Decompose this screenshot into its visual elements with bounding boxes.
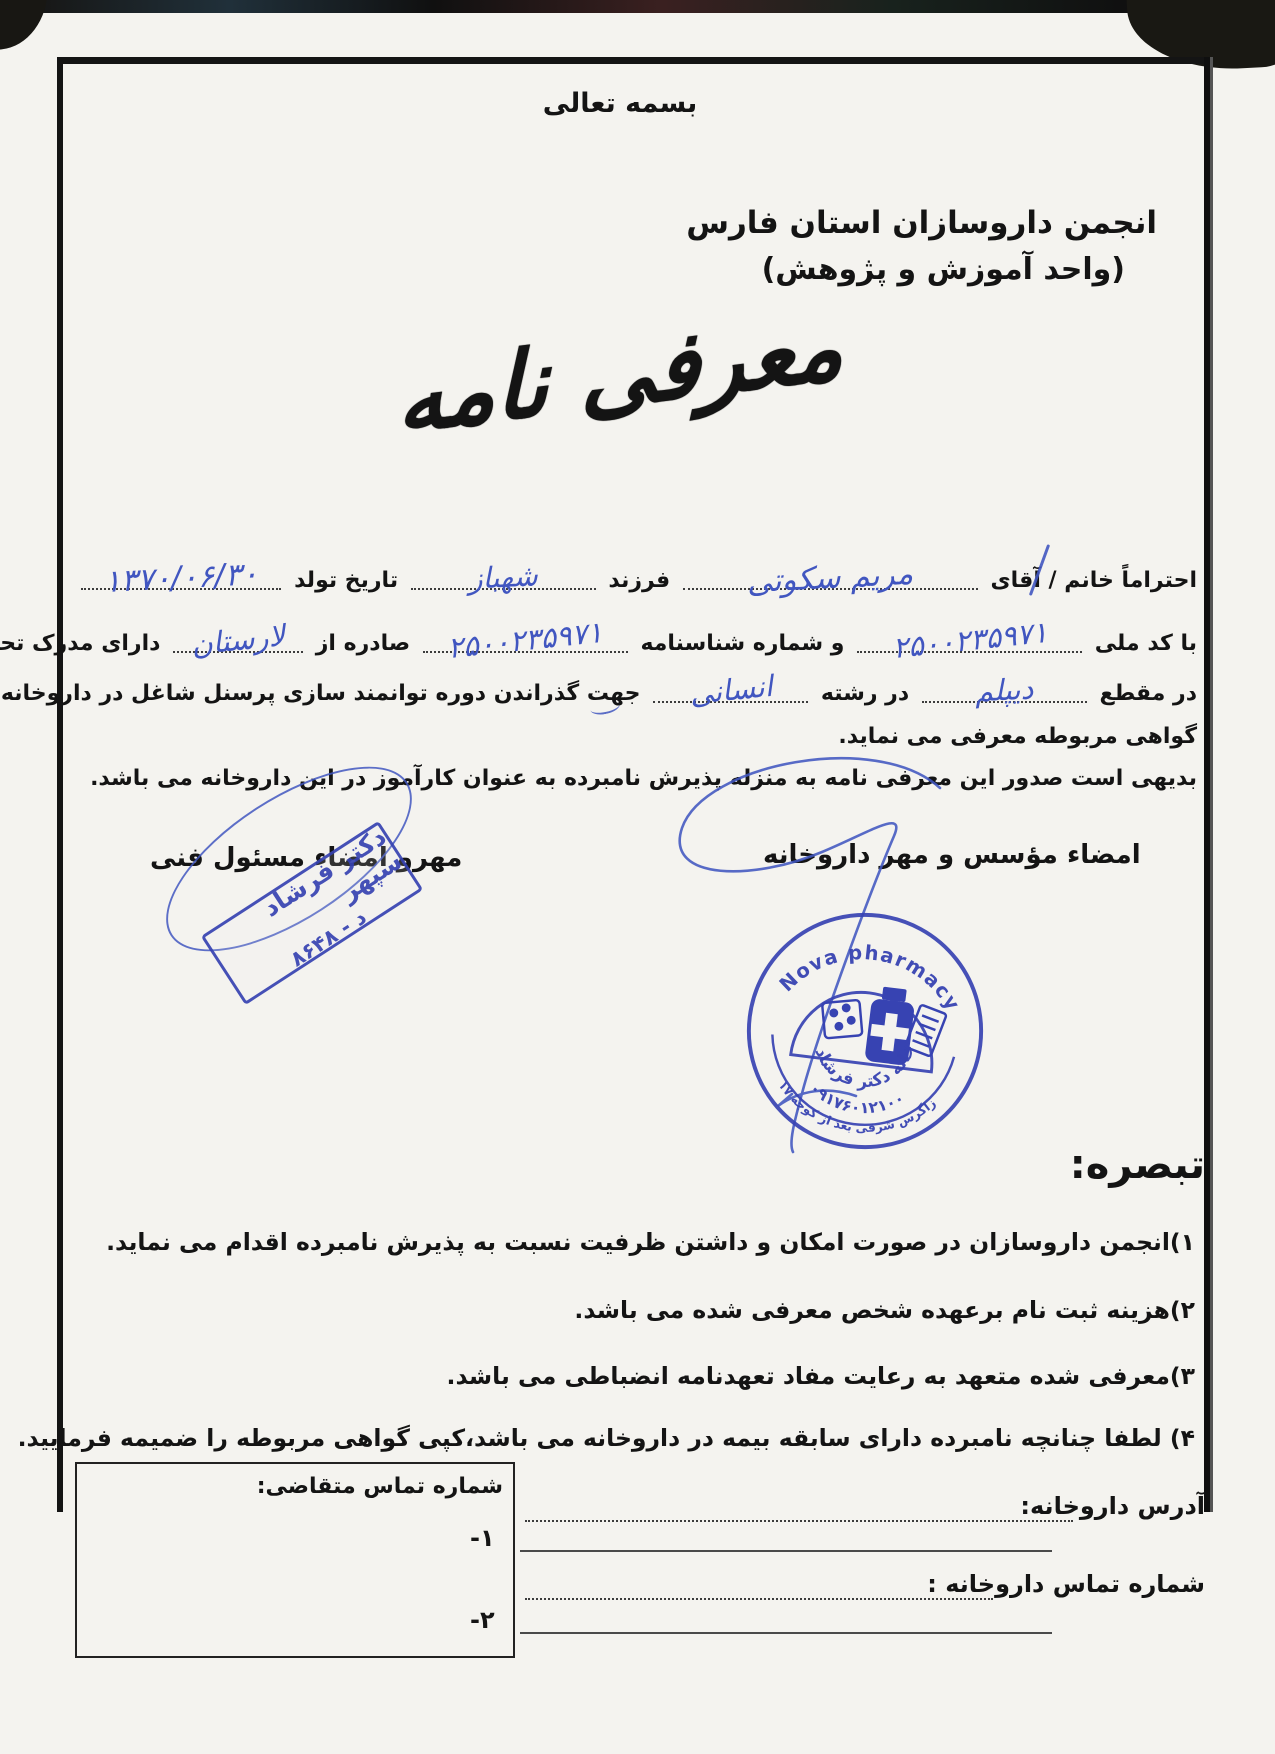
major-field: انسانی — [653, 679, 808, 703]
level-label: در مقطع — [1099, 681, 1197, 706]
bismillah-text: بسمه تعالی — [380, 88, 860, 119]
note-item-1: ۱)انجمن داروسازان در صورت امکان و داشتن … — [70, 1228, 1195, 1256]
applicant-name-handwriting: مریم سکوتی — [746, 556, 914, 601]
slot-1-line — [520, 1550, 1052, 1552]
document-frame-top — [57, 57, 1213, 64]
degree-suffix-label: دارای مدرک تحصیلی — [0, 631, 160, 656]
child-of-label: فرزند — [608, 568, 670, 593]
id-number-handwriting: ۲۵۰۰۲۳۵۹۷۱ — [446, 615, 604, 665]
slot-2-number: ۲- — [470, 1606, 495, 1634]
note-item-2: ۲)هزینه ثبت نام برعهده شخص معرفی شده می … — [70, 1296, 1195, 1324]
national-code-field: ۲۵۰۰۲۳۵۹۷۱ — [857, 629, 1082, 653]
honorific-label: احتراماً خانم / آقای — [991, 568, 1198, 593]
notes-heading: تبصره: — [1070, 1142, 1205, 1188]
org-name-line1: انجمن داروسازان استان فارس — [686, 205, 1157, 241]
note-item-3: ۳)معرفی شده متعهد به رعایت مفاد تعهدنامه… — [70, 1362, 1195, 1390]
form-line-1: احتراماً خانم / آقای مریم سکوتی فرزند شه… — [64, 566, 1197, 593]
issued-from-field: لارستان — [173, 629, 303, 653]
birth-date-field: ۱۳۷۰/۰۶/۳۰ — [81, 566, 281, 590]
level-handwriting: دیپلم — [974, 671, 1034, 708]
level-field: دیپلم — [922, 679, 1087, 703]
major-label: در رشته — [821, 681, 909, 706]
stamp-dome — [791, 984, 940, 1072]
document-frame-right — [1204, 57, 1213, 1512]
pharmacy-round-stamp: Nova pharmacy داروخانه دکتر فرشاد سپهر ۰… — [728, 894, 1002, 1168]
id-number-field: ۲۵۰۰۲۳۵۹۷۱ — [423, 629, 628, 653]
scan-corner-blotch-left — [0, 0, 49, 56]
applicant-phone-label: شماره تماس متقاضی: — [257, 1474, 503, 1499]
form-line-3: در مقطع دیپلم در رشته انسانی جهت گذراندن… — [64, 679, 1197, 706]
pills-icon — [822, 1000, 862, 1039]
issued-from-handwriting: لارستان — [190, 618, 287, 662]
id-number-label: و شماره شناسنامه — [640, 631, 844, 656]
father-name-field: شهباز — [411, 566, 596, 590]
slot-1-number: ۱- — [470, 1524, 495, 1552]
purpose-text: جهت گذراندن دوره توانمند سازی پرسنل شاغل… — [0, 681, 641, 706]
national-code-label: با کد ملی — [1095, 631, 1197, 656]
note-item-4: ۴) لطفا چنانچه نامبرده دارای سابقه بیمه … — [70, 1424, 1195, 1452]
national-code-handwriting: ۲۵۰۰۲۳۵۹۷۱ — [890, 615, 1048, 665]
document-frame-left — [57, 57, 63, 1512]
pharmacy-phone-label: شماره تماس داروخانه : — [927, 1570, 1205, 1598]
applicant-name-field: مریم سکوتی — [683, 566, 978, 590]
major-handwriting: انسانی — [688, 669, 774, 711]
father-name-handwriting: شهباز — [468, 558, 539, 596]
slot-2-line — [520, 1632, 1052, 1634]
pharmacy-phone-line — [525, 1598, 993, 1600]
birth-date-handwriting: ۱۳۷۰/۰۶/۳۰ — [104, 556, 260, 600]
birth-date-label: تاریخ تولد — [294, 568, 398, 593]
issued-from-label: صادره از — [316, 631, 410, 656]
org-name-line2: (واحد آموزش و پژوهش) — [762, 252, 1125, 287]
scan-edge-band — [0, 0, 1275, 13]
form-line-2: با کد ملی ۲۵۰۰۲۳۵۹۷۱ و شماره شناسنامه ۲۵… — [64, 629, 1197, 656]
pharmacy-address-line — [525, 1520, 1073, 1522]
pharmacy-address-label: آدرس داروخانه: — [1020, 1492, 1205, 1520]
letter-title-calligraphy: معرفی نامه — [361, 288, 879, 459]
